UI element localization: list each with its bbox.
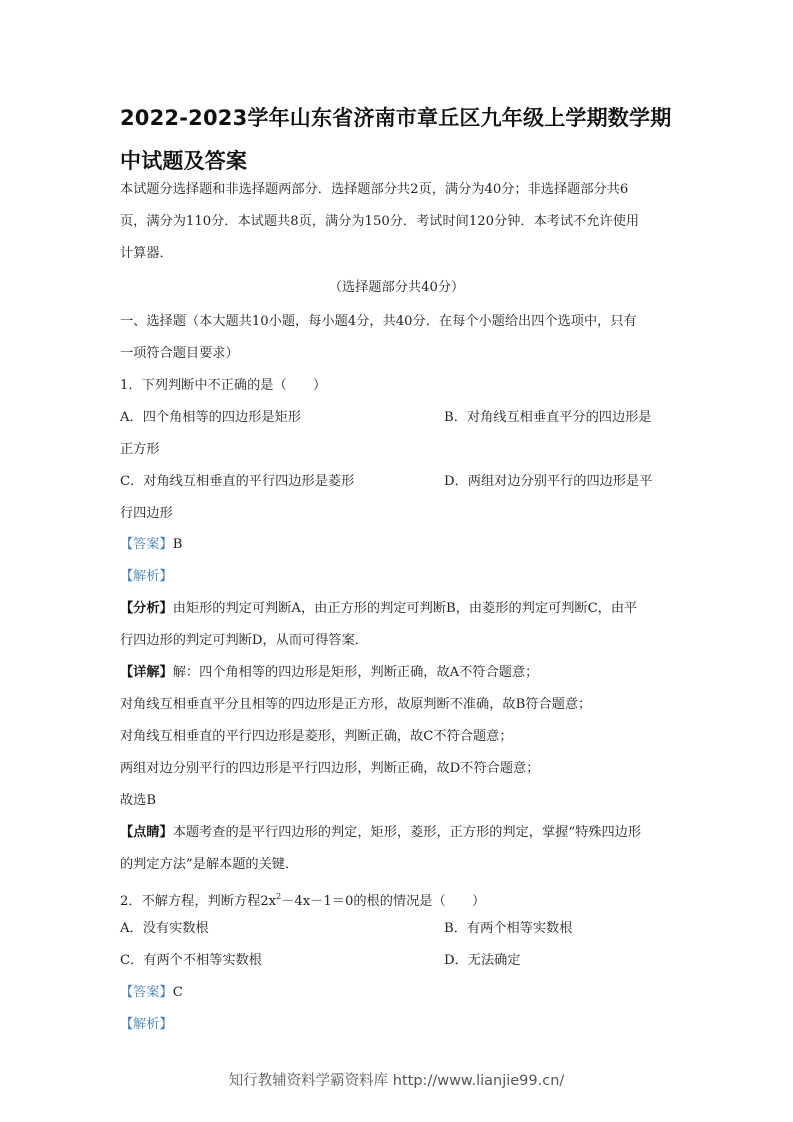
question-1-option-b: B．对角线互相垂直平分的四边形是 (444, 408, 652, 428)
question-1-xiangjie-line-5: 故选B (120, 791, 156, 811)
xiangjie-text: 解：四个角相等的四边形是矩形，判断正确，故A不符合题意； (173, 665, 539, 680)
question-1-dianjing-line-2: 的判定方法”是解本题的关键． (120, 855, 298, 875)
stem-post: －4x－1＝0的根的情况是（ ） (281, 894, 485, 909)
question-2-option-b: B．有两个相等实数根 (444, 919, 572, 939)
question-2-answer: 【答案】C (120, 983, 183, 1003)
question-2-option-c: C．有两个不相等实数根 (120, 951, 262, 971)
question-1-option-d: D．两组对边分别平行的四边形是平 (444, 472, 652, 492)
question-1-dianjing-line-1: 【点睛】本题考查的是平行四边形的判定，矩形，菱形，正方形的判定，掌握“特殊四边形 (120, 823, 641, 843)
question-1-fenxi-line-1: 【分析】由矩形的判定可判断A，由正方形的判定可判断B，由菱形的判定可判断C，由平 (120, 599, 637, 619)
question-1-xiangjie-line-1: 【详解】解：四个角相等的四边形是矩形，判断正确，故A不符合题意； (120, 663, 538, 683)
answer-value: B (173, 537, 183, 552)
intro-line-2: 页，满分为110分．本试题共8页，满分为150分．考试时间120分钟．本考试不允… (120, 212, 639, 232)
fenxi-text: 由矩形的判定可判断A，由正方形的判定可判断B，由菱形的判定可判断C，由平 (173, 601, 638, 616)
question-1-xiangjie-line-2: 对角线互相垂直平分且相等的四边形是正方形，故原判断不准确，故B符合题意； (120, 695, 591, 715)
section-heading-line-1: 一、选择题（本大题共10小题，每小题4分，共40分．在每个小题给出四个选项中，只… (120, 312, 637, 332)
question-1-answer: 【答案】B (120, 535, 182, 555)
document-page: 2022-2023学年山东省济南市章丘区九年级上学期数学期中试题及答案 本试题分… (0, 0, 793, 1122)
analysis-label: 【解析】 (120, 569, 173, 584)
section-heading-line-2: 一项符合题目要求） (120, 344, 239, 364)
question-1-option-c: C．对角线互相垂直的平行四边形是菱形 (120, 472, 354, 492)
question-1-analysis-label: 【解析】 (120, 567, 173, 587)
question-1-option-b-cont: 正方形 (120, 440, 160, 460)
question-2-option-a: A．没有实数根 (120, 919, 209, 939)
question-2-analysis-label: 【解析】 (120, 1015, 173, 1035)
question-1-option-d-cont: 行四边形 (120, 504, 173, 524)
xiangjie-label: 【详解】 (120, 665, 173, 680)
question-1-option-a: A．四个角相等的四边形是矩形 (120, 408, 301, 428)
stem-pre: 2．不解方程，判断方程2x (120, 894, 276, 909)
dianjing-label: 【点睛】 (120, 825, 173, 840)
fenxi-label: 【分析】 (120, 601, 173, 616)
dianjing-text: 本题考查的是平行四边形的判定，矩形，菱形，正方形的判定，掌握“特殊四边形 (173, 825, 641, 840)
question-2-option-d: D．无法确定 (444, 951, 521, 971)
answer-label: 【答案】 (120, 537, 173, 552)
intro-line-3: 计算器． (120, 244, 173, 264)
answer-label: 【答案】 (120, 985, 173, 1000)
question-1-fenxi-line-2: 行四边形的判定可判断D，从而可得答案． (120, 631, 368, 651)
footer-watermark: 知行教辅资料学霸资料库 http://www.lianjie99.cn/ (0, 1069, 793, 1090)
question-1-stem: 1．下列判断中不正确的是（ ） (120, 376, 326, 396)
answer-value: C (173, 985, 183, 1000)
question-1-xiangjie-line-3: 对角线互相垂直的平行四边形是菱形，判断正确，故C不符合题意； (120, 727, 513, 747)
intro-line-1: 本试题分选择题和非选择题两部分．选择题部分共2页，满分为40分；非选择题部分共6 (120, 180, 628, 200)
question-1-xiangjie-line-4: 两组对边分别平行的四边形是平行四边形，判断正确，故D不符合题意； (120, 759, 539, 779)
document-title: 2022-2023学年山东省济南市章丘区九年级上学期数学期中试题及答案 (120, 97, 690, 183)
analysis-label: 【解析】 (120, 1017, 173, 1032)
question-2-stem: 2．不解方程，判断方程2x2－4x－1＝0的根的情况是（ ） (120, 887, 485, 912)
section-note: （选择题部分共40分） (0, 278, 793, 298)
